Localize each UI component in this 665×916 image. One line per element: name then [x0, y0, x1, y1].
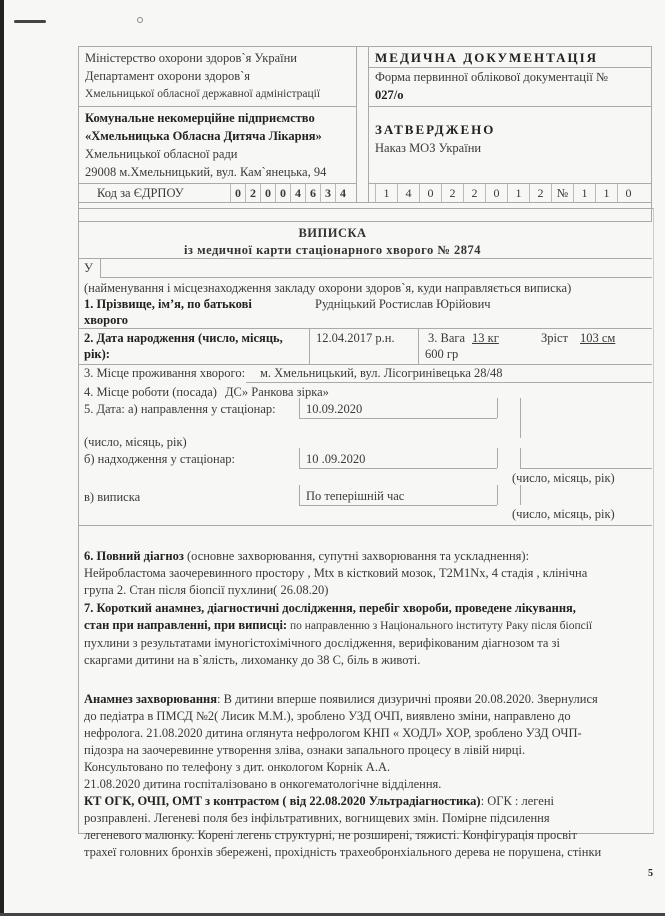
ministry-cell: Міністерство охорони здоров`я України Де…: [79, 47, 357, 107]
work-value: ДС» Ранкова зірка»: [225, 385, 329, 400]
med-doc-cell: МЕДИЧНА ДОКУМЕНТАЦІЯ Форма первинної обл…: [369, 47, 652, 107]
order-digit-9: 1: [573, 184, 595, 202]
org-line-1: Комунальне некомерційне підприємство: [85, 109, 350, 127]
residence-label: 3. Місце проживання хворого:: [84, 366, 245, 381]
org-address: 29008 м.Хмельницький, вул. Кам`янецька, …: [85, 163, 350, 181]
diagnosis-line-2: група 2. Стан після біопсії пухлини( 26.…: [84, 582, 644, 599]
ct-label: КТ ОГК, ОЧП, ОМТ з контрастом ( від 22.0…: [84, 794, 481, 808]
med-doc-title: МЕДИЧНА ДОКУМЕНТАЦІЯ: [375, 49, 645, 67]
admission-date-hint: (число, місяць, рік): [512, 471, 615, 486]
discharge-date-hint: (число, місяць, рік): [512, 507, 615, 522]
document-title: ВИПИСКА: [0, 226, 665, 241]
referral-date: 10.09.2020: [306, 402, 362, 417]
disease-line-6: 21.08.2020 дитина госпіталізовано в онко…: [84, 776, 644, 793]
ct-line-3: легеневого малюнку. Корені легень структ…: [84, 827, 644, 844]
weight-label: 3. Вага: [428, 331, 465, 346]
residence-value: м. Хмельницький, вул. Лісогринівецька 28…: [260, 366, 503, 381]
name-label-cont: хворого: [84, 313, 128, 328]
org-line-2: «Хмельницька Обласна Дитяча Лікарня»: [85, 127, 350, 145]
order-number-cell: 14022012№110: [369, 184, 652, 203]
order-digit-0: 1: [375, 184, 397, 202]
weight-value-cont: 600 гр: [425, 347, 458, 362]
document-subtitle: із медичної карти стаціонарного хворого …: [0, 243, 665, 258]
edrpou-label: Код за ЄДРПОУ: [97, 184, 230, 202]
approved-label: ЗАТВЕРДЖЕНО: [375, 121, 645, 139]
order-digit-8: №: [551, 184, 573, 202]
edrpou-digit-6: 3: [320, 184, 335, 202]
order-digits: 14022012№110: [375, 184, 651, 202]
height-label: Зріст: [541, 331, 568, 346]
anamnesis-text-2: по направленню з Національного інституту…: [287, 620, 592, 632]
edrpou-digit-2: 0: [260, 184, 275, 202]
page-mark: 5: [648, 868, 653, 879]
disease-history-section: Анамнез захворювання: В дитини вперше по…: [84, 691, 644, 861]
destination-hint: (найменування і місцезнаходження закладу…: [84, 281, 571, 296]
order-digit-5: 0: [485, 184, 507, 202]
disease-history-label: Анамнез захворювання: [84, 692, 217, 706]
height-value: 103 см: [580, 331, 615, 346]
order-digit-10: 1: [595, 184, 617, 202]
org-line-3: Хмельницької обласної ради: [85, 145, 350, 163]
divider-cell: [357, 47, 369, 203]
organization-cell: Комунальне некомерційне підприємство «Хм…: [79, 107, 357, 184]
diagnosis-line-1: Нейробластома заочеревинного простору , …: [84, 565, 644, 582]
anamnesis-text-4: скаргами дитини на в`ялість, лихоманку д…: [84, 652, 644, 669]
diagnosis-label: 6. Повний діагноз: [84, 549, 184, 563]
referral-date-hint: (число, місяць, рік): [84, 435, 187, 450]
edrpou-digit-0: 0: [230, 184, 245, 202]
edrpou-digit-7: 4: [335, 184, 350, 202]
weight-value: 13 кг: [472, 331, 499, 346]
to-label: У: [84, 261, 93, 276]
edrpou-digit-3: 0: [275, 184, 290, 202]
ct-line-1: : ОГК : легені: [481, 794, 554, 808]
diagnosis-hint: (основне захворювання, супутні захворюва…: [184, 549, 529, 563]
edrpou-digits: 02004634: [230, 184, 350, 202]
order-digit-3: 2: [441, 184, 463, 202]
disease-line-2: до педіатра в ПМСД №2( Лисик М.М.), зроб…: [84, 708, 644, 725]
anamnesis-label-1: 7. Короткий анамнез, діагностичні дослід…: [84, 600, 644, 617]
order-digit-4: 2: [463, 184, 485, 202]
order-digit-1: 4: [397, 184, 419, 202]
destination-field[interactable]: [108, 261, 638, 277]
dob-label: 2. Дата народження (число, місяць,: [84, 331, 283, 346]
dob-label-cont: рік):: [84, 347, 110, 362]
order-digit-11: 0: [617, 184, 639, 202]
ministry-line-3: Хмельницької обласної державної адмініст…: [85, 85, 350, 103]
ct-line-2: розправлені. Легеневі поля без інфільтра…: [84, 810, 644, 827]
edrpou-cell: Код за ЄДРПОУ 02004634: [79, 184, 357, 203]
punch-hole: [137, 17, 143, 23]
admission-label: б) надходження у стаціонар:: [84, 452, 235, 467]
header-table: Міністерство охорони здоров`я України Де…: [78, 46, 652, 222]
admission-date: 10 .09.2020: [306, 452, 365, 467]
order-digit-7: 2: [529, 184, 551, 202]
discharge-label: в) виписка: [84, 490, 140, 505]
diagnosis-section: 6. Повний діагноз (основне захворювання,…: [84, 548, 644, 599]
form-label: Форма первинної облікової документації №: [375, 70, 608, 84]
name-label: 1. Прізвище, ім’я, по батькові: [84, 297, 252, 312]
edrpou-digit-1: 2: [245, 184, 260, 202]
disease-line-1: : В дитини вперше появилися дизуричні пр…: [217, 692, 598, 706]
disease-line-4: підозра на заочеревинне утворення зліва,…: [84, 742, 644, 759]
approval-cell: ЗАТВЕРДЖЕНО Наказ МОЗ України: [369, 107, 652, 184]
anamnesis-section: 7. Короткий анамнез, діагностичні дослід…: [84, 600, 644, 669]
order-digit-2: 0: [419, 184, 441, 202]
disease-line-3: нефролога. 21.08.2020 дитина оглянута не…: [84, 725, 644, 742]
dates-label: 5. Дата: а) направлення у стаціонар:: [84, 402, 276, 417]
edrpou-digit-4: 4: [290, 184, 305, 202]
patient-name: Рудніцький Ростислав Юрійович: [315, 297, 491, 312]
anamnesis-label-2: стан при направленні, при виписці:: [84, 618, 287, 632]
order-digit-6: 1: [507, 184, 529, 202]
disease-line-5: Консультовано по телефону з дит. онколог…: [84, 759, 644, 776]
form-number: 027/о: [375, 86, 645, 104]
anamnesis-text-3: пухлини з результатами імуногістохімічно…: [84, 635, 644, 652]
edrpou-digit-5: 6: [305, 184, 320, 202]
binder-mark: [14, 20, 46, 23]
work-label: 4. Місце роботи (посада): [84, 385, 217, 400]
discharge-value: По теперішній час: [306, 489, 404, 504]
scan-page-edge: [0, 0, 4, 916]
ministry-line-1: Міністерство охорони здоров`я України: [85, 49, 350, 67]
order-label: Наказ МОЗ України: [375, 139, 645, 157]
dob-value: 12.04.2017 р.н.: [316, 331, 395, 346]
ct-line-4: трахеї головних бронхів збережені, прохі…: [84, 844, 644, 861]
ministry-line-2: Департамент охорони здоров`я: [85, 67, 350, 85]
